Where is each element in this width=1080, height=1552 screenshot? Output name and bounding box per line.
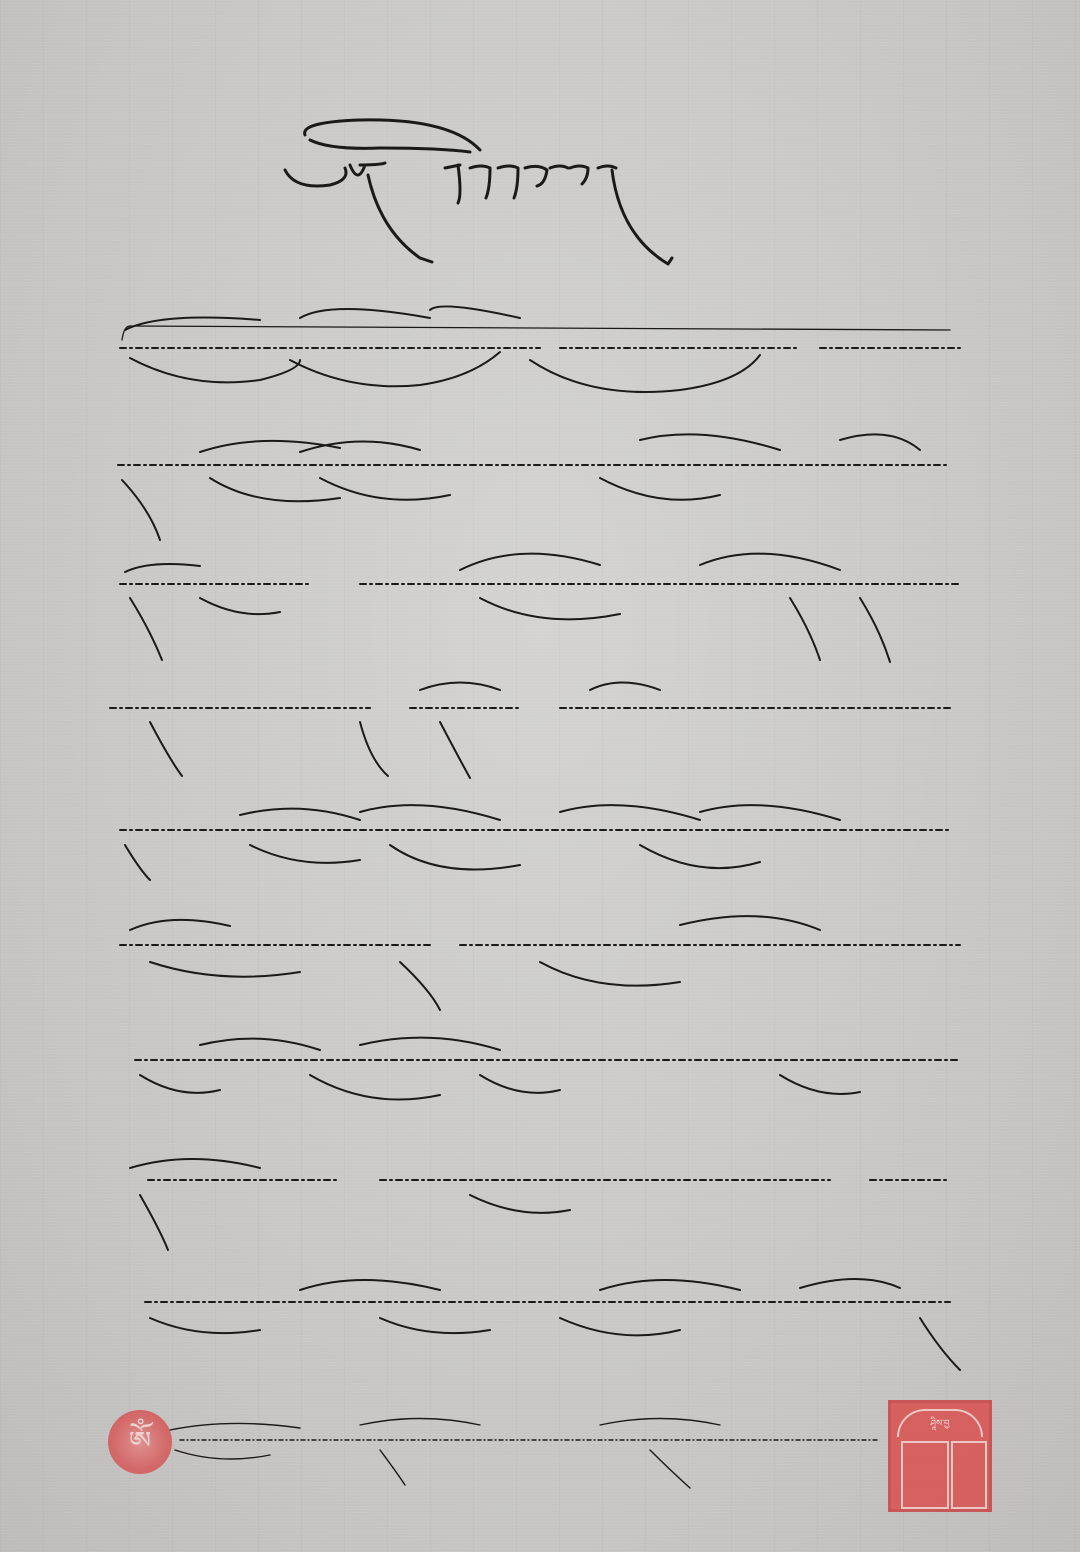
seal-top-text: ཤཱིས་བྱ — [897, 1409, 983, 1437]
body-line-4 — [110, 683, 950, 779]
body-line-3 — [120, 554, 960, 662]
colophon-line — [170, 1419, 880, 1489]
seal-inner-panel-left — [901, 1441, 949, 1509]
body-line-2 — [118, 434, 950, 540]
body-line-7 — [135, 1038, 960, 1100]
body-line-6 — [120, 916, 960, 1010]
round-seal-stamp: ༀ — [108, 1410, 172, 1474]
calligraphy-ink — [0, 0, 1080, 1552]
seal-inner-panel-right — [951, 1441, 987, 1509]
body-line-9 — [145, 1279, 960, 1370]
heading-calligraphy — [285, 120, 672, 264]
square-seal-stamp: ཤཱིས་བྱ — [888, 1400, 992, 1512]
calligraphy-paper: ༄༅། དགེ་གཤེས། — [0, 0, 1080, 1552]
body-line-8 — [130, 1159, 950, 1250]
seal-glyph: ༀ — [108, 1410, 172, 1474]
body-line-1 — [120, 306, 960, 392]
body-line-5 — [120, 805, 950, 880]
